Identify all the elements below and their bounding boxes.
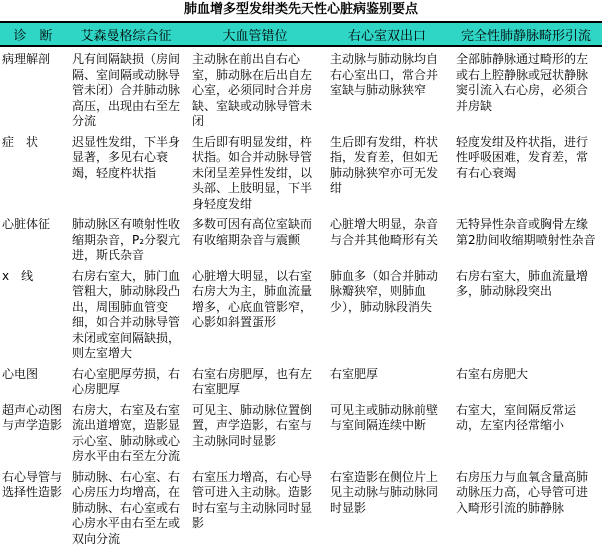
table-cell: 肺血多（如合并肺动脉瓣狭窄，则肺血少），肺动脉段消失 [324,267,450,365]
page-title: 肺血增多型发绀类先天性心脏病鉴别要点 [0,0,602,21]
table-cell: 右房压力与血氧含量高肺动脉压力高，心导管可进入畸形引流的肺静脉 [450,468,602,548]
table-cell: 无特异性杂音或胸骨左缘第2肋间收缩期喷射性杂音 [450,215,602,267]
row-label: 心脏体征 [0,215,66,267]
table-row-ecg: 心电图 右心室肥厚劳损，右心房肥厚 右室右房肥厚，也有左右室肥厚 右室肥厚 右室… [0,365,602,401]
table-cell: 肺动脉、右心室、右心房压力均增高，在肺动脉、右心室或右心房水平由右至左或双向分流 [66,468,186,548]
table-cell: 右室造影在侧位片上见主动脉与肺动脉同时显影 [324,468,450,548]
header-cell-transposition: 大血管错位 [186,22,324,46]
table-cell: 可见主或肺动脉前壁与室间隔连续中断 [324,401,450,468]
table-cell: 迟显性发绀，下半身显著，多见右心衰竭，轻度杵状指 [66,133,186,216]
table-row-catheterization: 右心导管与选择性造影 肺动脉、右心室、右心房压力均增高，在肺动脉、右心室或右心房… [0,468,602,548]
header-cell-double-outlet-rv: 右心室双出口 [324,22,450,46]
table-cell: 多数可因有高位室缺而有收缩期杂音与震颤 [186,215,324,267]
row-label: 右心导管与选择性造影 [0,468,66,548]
diagnosis-comparison-table: 诊 断 艾森曼格综合征 大血管错位 右心室双出口 完全性肺静脉畸形引流 病理解剖… [0,21,602,548]
table-cell: 生后即有明显发绀，杵状指。如合并动脉导管未闭呈差异性发绀，以头部、上肢明显，下半… [186,133,324,216]
table-cell: 右室压力增高，右心导管可进入主动脉。造影时右室与主动脉同时显影 [186,468,324,548]
header-cell-eisenmenger: 艾森曼格综合征 [66,22,186,46]
table-cell: 全部肺静脉通过畸形的左或右上腔静脉或冠状静脉窦引流入右心房，必须合并房缺 [450,46,602,133]
table-cell: 主动脉与肺动脉均自右心室出口，常合并室缺与肺动脉狭窄 [324,46,450,133]
header-cell-diagnosis: 诊 断 [0,22,66,46]
header-cell-tapvd: 完全性肺静脉畸形引流 [450,22,602,46]
row-label: 症 状 [0,133,66,216]
table-row-pathology: 病理解剖 凡有间隔缺损（房间隔、室间隔或动脉导管未闭）合并肺动脉高压，出现由右至… [0,46,602,133]
table-cell: 凡有间隔缺损（房间隔、室间隔或动脉导管未闭）合并肺动脉高压，出现由右至左分流 [66,46,186,133]
table-header-row: 诊 断 艾森曼格综合征 大血管错位 右心室双出口 完全性肺静脉畸形引流 [0,22,602,46]
table-row-echocardiography: 超声心动图与声学造影 右房大，右室及右室流出道增宽，造影显示心室、肺动脉或心房水… [0,401,602,468]
table-cell: 右房右室大，肺血流量增多，肺动脉段突出 [450,267,602,365]
table-row-symptoms: 症 状 迟显性发绀，下半身显著，多见右心衰竭，轻度杵状指 生后即有明显发绀，杵状… [0,133,602,216]
table-row-xray: x 线 右房右室大，肺门血管粗大，肺动脉段凸出，周围肺血管变细，如合并动脉导管未… [0,267,602,365]
table-cell: 右房大，右室及右室流出道增宽，造影显示心室、肺动脉或心房水平由右至左分流 [66,401,186,468]
table-cell: 右室肥厚 [324,365,450,401]
table-cell: 右室大，室间隔反常运动，左室内径常缩小 [450,401,602,468]
row-label: x 线 [0,267,66,365]
table-cell: 右房右室大，肺门血管粗大，肺动脉段凸出，周围肺血管变细，如合并动脉导管未闭或室间… [66,267,186,365]
table-cell: 右室右房肥厚，也有左右室肥厚 [186,365,324,401]
table-cell: 可见主、肺动脉位置倒置，声学造影，右室与主动脉同时显影 [186,401,324,468]
table-row-cardiac-signs: 心脏体征 肺动脉区有喷射性收缩期杂音，P₂分裂亢进，斯氏杂音 多数可因有高位室缺… [0,215,602,267]
row-label: 超声心动图与声学造影 [0,401,66,468]
table-cell: 右心室肥厚劳损，右心房肥厚 [66,365,186,401]
table-cell: 肺动脉区有喷射性收缩期杂音，P₂分裂亢进，斯氏杂音 [66,215,186,267]
table-cell: 右室右房肥大 [450,365,602,401]
table-cell: 心脏增大明显，以右室右房大为主，肺血流量增多，心底血管影窄，心影如斜置蛋形 [186,267,324,365]
table-cell: 生后即有发绀，杵状指，发育差，但如无肺动脉狭窄亦可无发绀 [324,133,450,216]
table-cell: 主动脉在前出自右心室，肺动脉在后出自左心室，必须同时合并房缺、室缺或动脉导管未闭 [186,46,324,133]
table-cell: 心脏增大明显，杂音与合并其他畸形有关 [324,215,450,267]
row-label: 心电图 [0,365,66,401]
table-cell: 轻度发绀及杵状指，进行性呼吸困难，发育差，常有右心衰竭 [450,133,602,216]
row-label: 病理解剖 [0,46,66,133]
